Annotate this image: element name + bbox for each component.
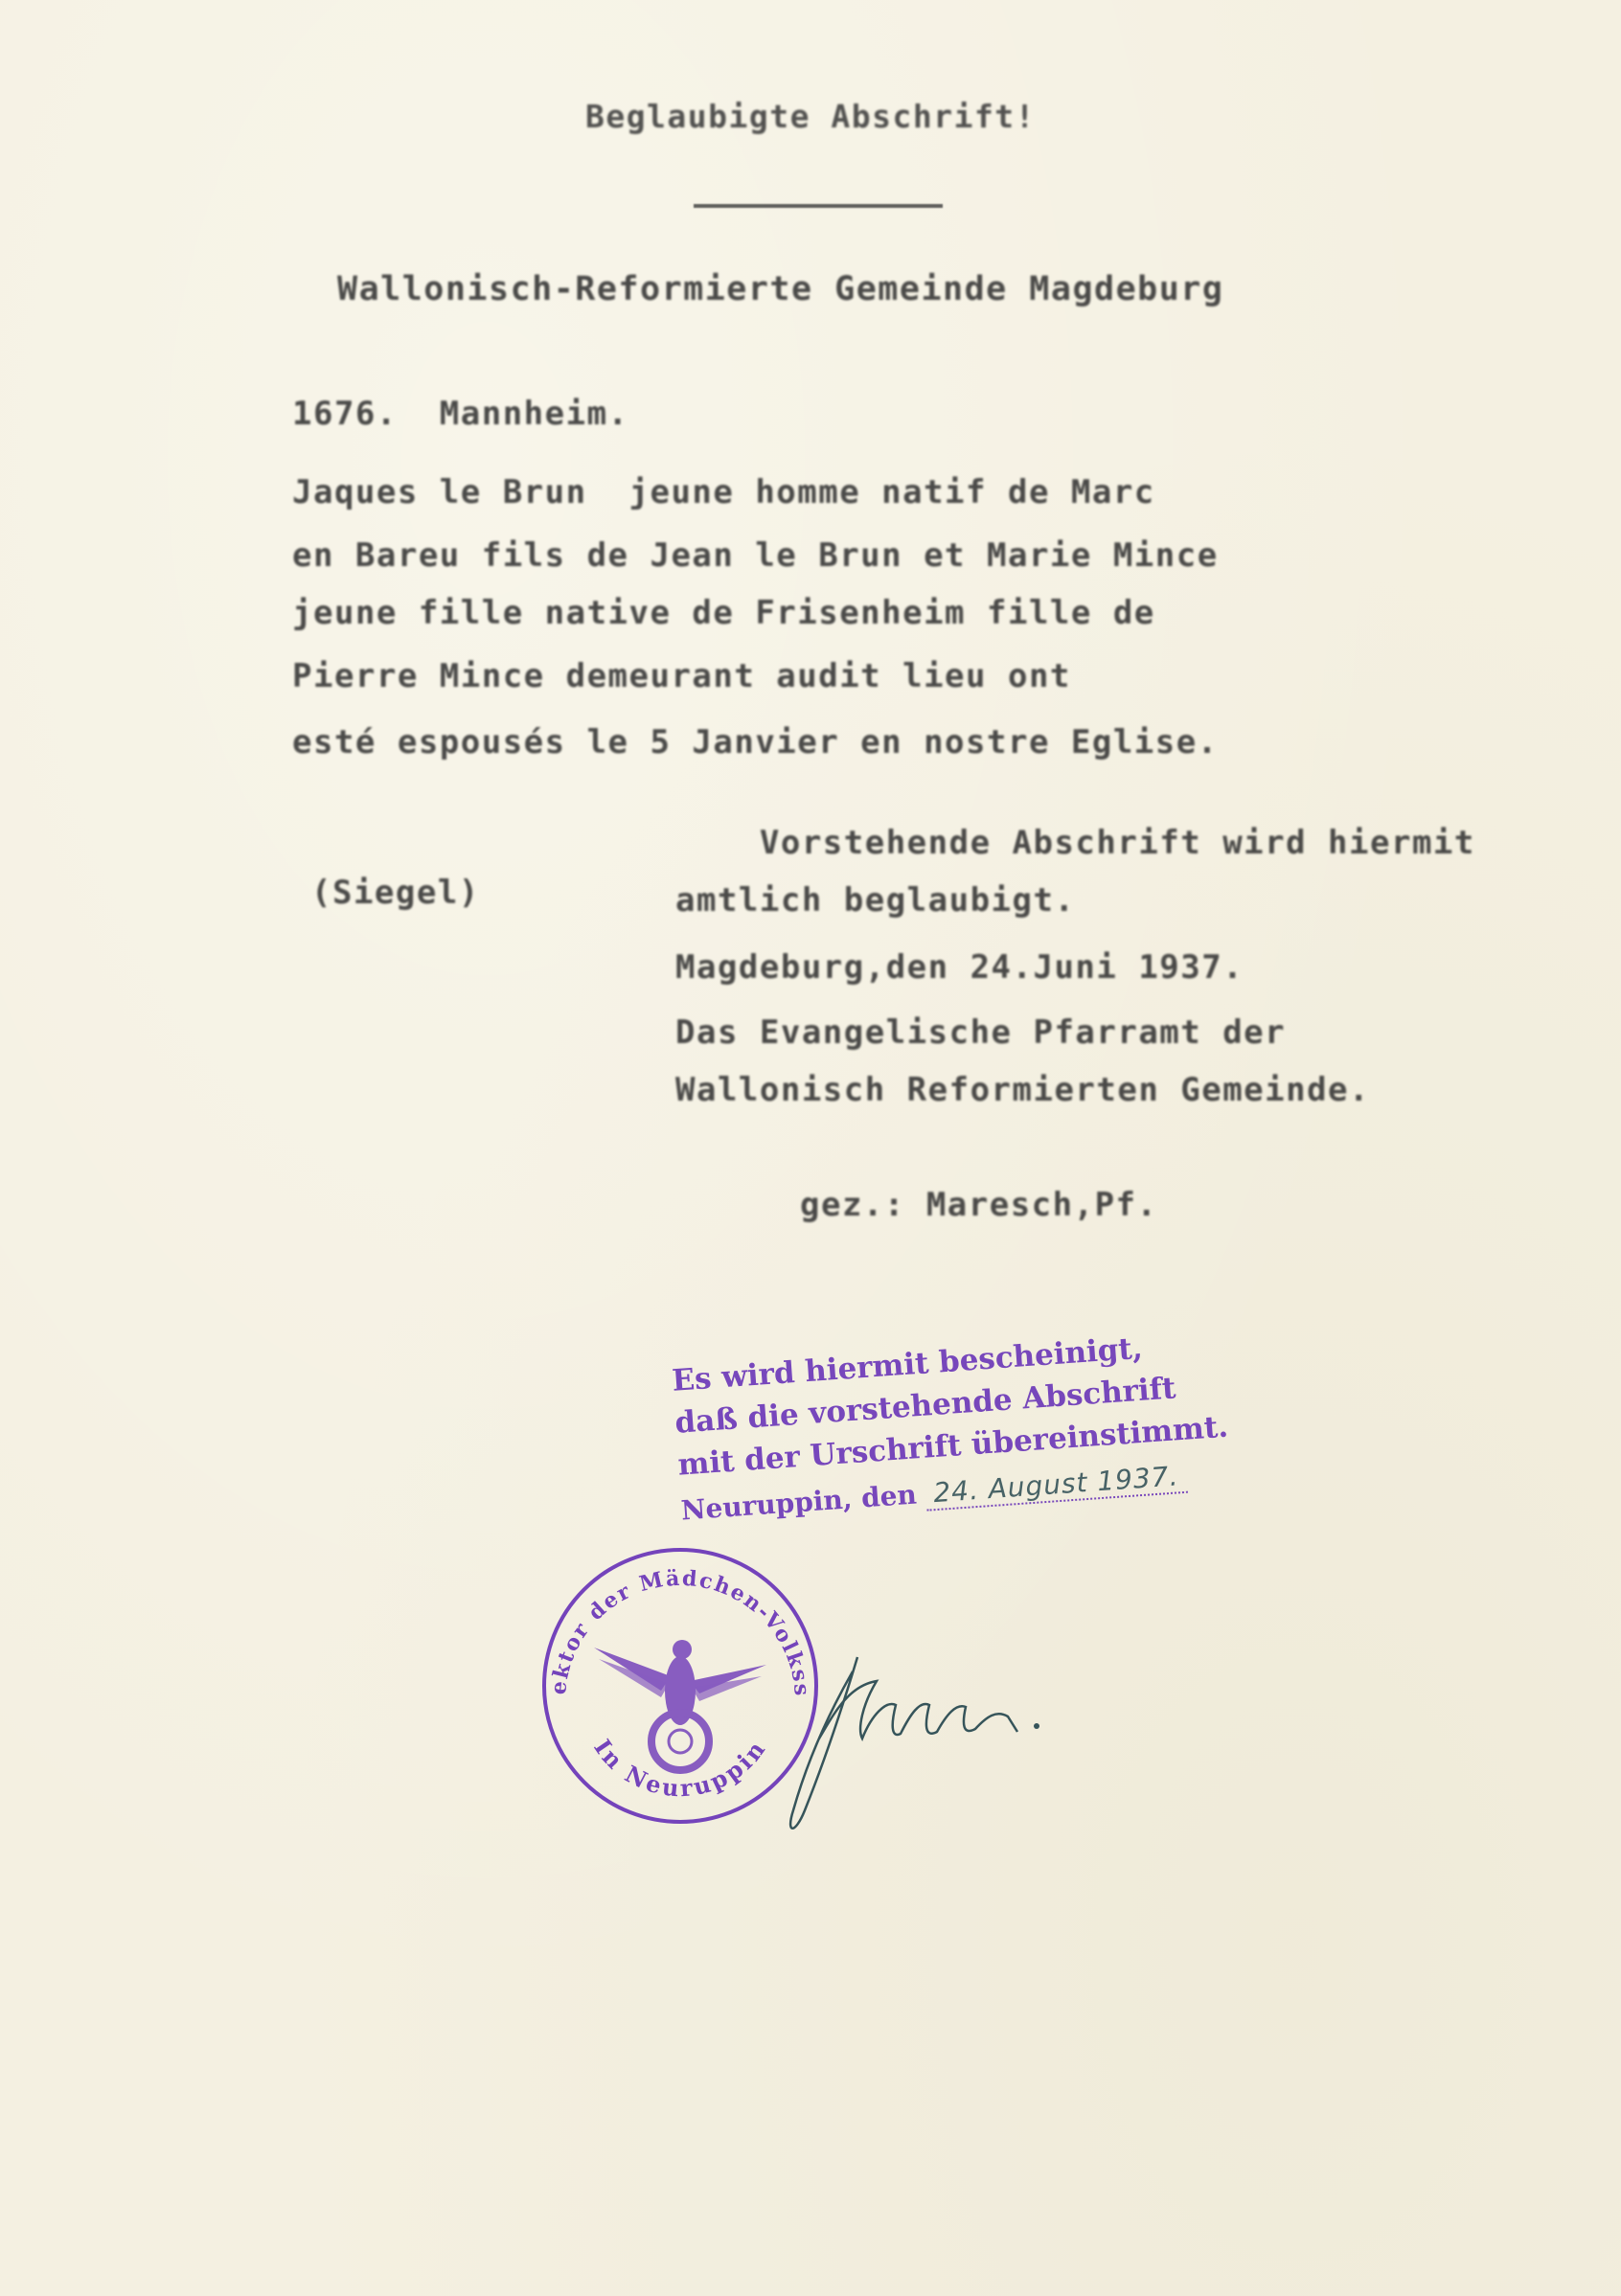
church-heading: Wallonisch-Reformierte Gemeinde Magdebur… (337, 270, 1223, 308)
entry-line: en Bareu fils de Jean le Brun et Marie M… (292, 536, 1219, 575)
entry-line: jeune fille native de Frisenheim fille d… (292, 594, 1155, 632)
certification-stamp: Es wird hiermit bescheinigt, daß die vor… (671, 1329, 1141, 1533)
certification-line: Vorstehende Abschrift wird hiermit (675, 824, 1475, 862)
handwritten-signature (766, 1648, 1111, 1839)
certification-line: amtlich beglaubigt. (675, 881, 1075, 920)
entry-line: Jaques le Brun jeune homme natif de Marc (292, 473, 1155, 511)
entry-line: Pierre Mince demeurant audit lieu ont (292, 657, 1071, 695)
document-page: Beglaubigte Abschrift! Wallonisch-Reform… (0, 0, 1621, 2296)
seal-placeholder-note: (Siegel) (311, 874, 480, 912)
stamp-place: Neuruppin, den (680, 1478, 918, 1526)
certification-line: Das Evangelische Pfarramt der (675, 1013, 1286, 1052)
certification-line: Wallonisch Reformierten Gemeinde. (675, 1071, 1370, 1109)
record-year-place: 1676. Mannheim. (292, 395, 629, 433)
handwritten-date: 24. August 1937. (925, 1460, 1187, 1512)
signed-by-line: gez.: Maresch,Pf. (800, 1186, 1158, 1224)
certification-line: Magdeburg,den 24.Juni 1937. (675, 948, 1244, 987)
entry-line: esté espousés le 5 Janvier en nostre Egl… (292, 723, 1219, 762)
document-title: Beglaubigte Abschrift! (0, 98, 1621, 135)
title-underline-rule (694, 204, 943, 208)
